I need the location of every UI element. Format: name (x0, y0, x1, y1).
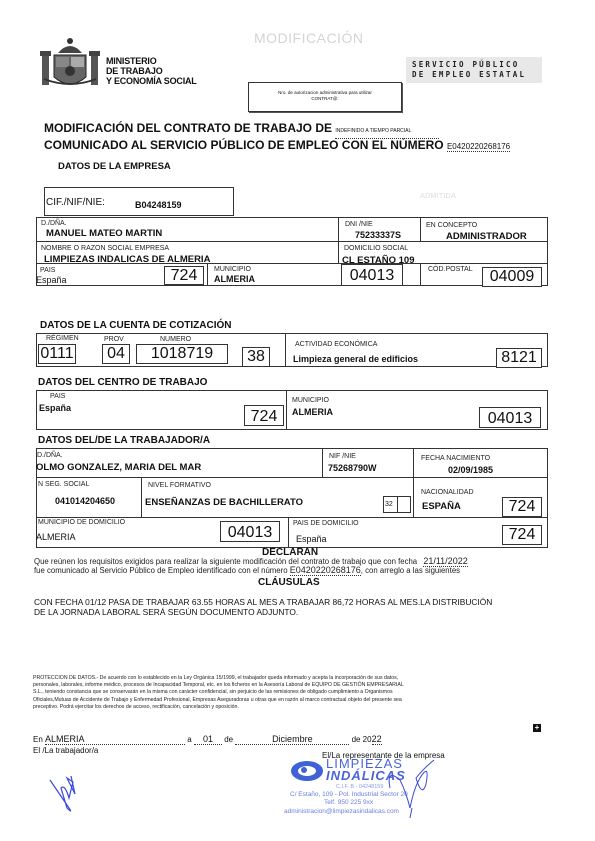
representative-signature (380, 758, 440, 820)
spain-coat-of-arms-icon (40, 35, 100, 91)
dia-value: 01 (194, 734, 222, 745)
declaran-text: Que reúnen los requisitos exigidos para … (34, 557, 468, 575)
pais-dom-label: PAIS DE DOMICILIO (293, 520, 359, 527)
nivel-value: ENSEÑANZAS DE BACHILLERATO (145, 498, 303, 508)
protection-line: personales, laborales, informe médico, p… (33, 682, 404, 689)
concepto-value: ADMINISTRADOR (446, 232, 527, 242)
mes-value: Diciembre (235, 734, 349, 745)
nacionalidad-code: 724 (502, 497, 542, 517)
title-line-2: COMUNICADO AL SERVICIO PÚBLICO DE EMPLEO… (44, 139, 510, 153)
nivel-code: 32 (385, 501, 393, 508)
dni-label: DNI /NIE (345, 221, 373, 228)
nss-value: 041014204650 (55, 497, 115, 506)
centro-pais-value: España (39, 404, 71, 413)
de-label: de (224, 735, 233, 744)
municipio-value: ALMERIA (214, 275, 255, 284)
declaran-line-2: fue comunicado al Servicio Público de Em… (34, 566, 468, 575)
declaran-line-2-suffix: , con arreglo a las siguientes (361, 566, 460, 575)
actividad-code: 8121 (496, 348, 542, 368)
pais-value: España (36, 276, 67, 285)
auth-box-contrata: CONTRAT@: (249, 96, 401, 102)
declaran-numero: E0420220268176 (290, 565, 361, 576)
cp-label: CÓD.POSTAL (428, 266, 473, 273)
mun-dom-value: ALMERIA (36, 533, 76, 542)
municipio-label: MUNICIPIO (214, 266, 251, 273)
mun-dom-label: MUNICIPIO DE DOMICILIO (38, 519, 125, 526)
dni-value: 75233337S (355, 231, 401, 240)
stamp-cif: C.I.F. B - 04248159 (336, 784, 383, 790)
centro-municipio-value: ALMERIA (292, 408, 333, 417)
title-prefix: MODIFICACIÓN DEL CONTRATO DE TRABAJO DE (44, 121, 332, 135)
data-protection-notice: PROTECCION DE DATOS.- De acuerdo con lo … (33, 675, 404, 711)
declaran-line-2-text: fue comunicado al Servicio Público de Em… (34, 566, 288, 575)
trab-dona-value: OLMO GONZALEZ, MARIA DEL MAR (36, 463, 201, 473)
numero-label: NUMERO (160, 336, 191, 343)
nacionalidad-value: ESPAÑA (422, 502, 461, 512)
dc-value: 38 (242, 347, 270, 367)
ministry-line: MINISTERIO (106, 56, 197, 66)
lugar-value: ALMERIA (45, 734, 185, 745)
pais-dom-value: España (296, 535, 327, 544)
sepe-line: DE EMPLEO ESTATAL (412, 70, 542, 80)
dona-label: D./DÑA. (41, 220, 67, 227)
domicilio-label: DOMICILIO SOCIAL (344, 245, 408, 252)
numero-value: 1018719 (136, 344, 228, 364)
protection-line: S.L., teniendo constancia que se conserv… (33, 689, 404, 696)
pais-label: PAIS (40, 267, 55, 274)
regimen-label: RÉGIMEN (46, 335, 79, 342)
section-title-empresa: DATOS DE LA EMPRESA (58, 161, 171, 172)
nif-value: 75268790W (328, 464, 377, 473)
en-label: En (33, 735, 43, 744)
a-label: a (187, 735, 191, 744)
empresa-dona-value: MANUEL MATEO MARTIN (46, 229, 162, 239)
mun-dom-code: 04013 (220, 521, 280, 542)
regimen-value: 0111 (38, 344, 76, 364)
clausulas-text: CON FECHA 01/12 PASA DE TRABAJAR 63.55 H… (34, 597, 492, 617)
protection-line: Oficiales,Mutuas de Accidente de Trabajo… (33, 697, 404, 704)
anio-value: 22 (372, 734, 382, 745)
nacimiento-label: FECHA NACIMIENTO (421, 455, 490, 462)
cp-value: 04009 (482, 267, 542, 287)
protection-line: preceptivo. Podrá ejercitar los derechos… (33, 704, 404, 711)
clausulas-line-2: DE LA JORNADA LABORAL SERÁ SEGÚN DOCUMEN… (34, 607, 492, 617)
razon-label: NOMBRE O RAZON SOCIAL EMPRESA (41, 245, 169, 252)
concepto-label: EN CONCEPTO (426, 222, 477, 229)
pais-code: 724 (164, 266, 204, 285)
signature-date-line: En ALMERIA a 01 de Diciembre de 2022 (33, 734, 382, 745)
stamp-phone: Telf. 950 225 9xx (324, 799, 373, 806)
authorization-box: Nro. de autorizacion administrativa para… (248, 82, 402, 112)
watermark: MODIFICACIÓN (254, 30, 363, 46)
contract-type: INDEFINIDO A TIEMPO PARCIAL (335, 125, 439, 139)
worker-signature (45, 770, 85, 820)
page-title: MODIFICACIÓN DEL CONTRATO DE TRABAJO DE … (44, 122, 510, 153)
prov-value: 04 (102, 344, 130, 364)
nivel-label: NIVEL FORMATIVO (148, 482, 211, 489)
trabajador-sign-label: El /La trabajador/a (33, 746, 98, 755)
nif-label: NIF /NIE (329, 453, 356, 460)
pais-dom-code: 724 (502, 525, 542, 545)
centro-pais-code: 724 (244, 405, 284, 426)
razon-value: LIMPIEZAS INDALICAS DE ALMERIA (44, 255, 210, 265)
contract-number: E0420220268176 (447, 142, 510, 152)
de20-label: de 20 (352, 735, 372, 744)
centro-municipio-code: 04013 (479, 407, 541, 428)
sepe-line: SERVICIO PÚBLICO (412, 60, 542, 70)
company-logo-icon (290, 760, 324, 782)
section-title-trabajador: DATOS DEL/DE LA TRABAJADOR/A (38, 435, 210, 446)
centro-municipio-label: MUNICIPIO (292, 397, 329, 404)
stamp-admitida: ADMITIDA (420, 191, 456, 200)
title-prefix-2: COMUNICADO AL SERVICIO PÚBLICO DE EMPLEO… (44, 138, 444, 152)
sepe-logo: SERVICIO PÚBLICO DE EMPLEO ESTATAL (406, 57, 542, 83)
expand-icon[interactable]: + (533, 724, 541, 732)
cif-value: B04248159 (135, 201, 182, 210)
clausulas-title: CLÁUSULAS (258, 577, 320, 588)
trab-dona-label: D./DÑA. (37, 452, 63, 459)
prov-label: PROV (104, 336, 124, 343)
section-title-cotizacion: DATOS DE LA CUENTA DE COTIZACIÓN (40, 320, 231, 331)
centro-pais-label: PAIS (50, 393, 65, 400)
nacimiento-value: 02/09/1985 (448, 466, 493, 475)
title-line-1: MODIFICACIÓN DEL CONTRATO DE TRABAJO DE … (44, 122, 510, 139)
cif-label: CIF./NIF/NIE: (46, 197, 105, 208)
nss-label: N SEG. SOCIAL (38, 481, 89, 488)
ministry-line: DE TRABAJO (106, 66, 197, 76)
ministry-line: Y ECONOMÍA SOCIAL (106, 76, 197, 86)
actividad-label: ACTIVIDAD ECONÓMICA (295, 341, 377, 348)
nacionalidad-label: NACIONALIDAD (421, 489, 474, 496)
declaran-line-1: Que reúnen los requisitos exigidos para … (34, 557, 468, 566)
ministry-name: MINISTERIO DE TRABAJO Y ECONOMÍA SOCIAL (106, 56, 197, 86)
clausulas-line-1: CON FECHA 01/12 PASA DE TRABAJAR 63.55 H… (34, 597, 492, 607)
actividad-value: Limpieza general de edificios (293, 355, 418, 364)
municipio-code: 04013 (341, 264, 403, 286)
section-title-centro: DATOS DEL CENTRO DE TRABAJO (38, 377, 207, 388)
